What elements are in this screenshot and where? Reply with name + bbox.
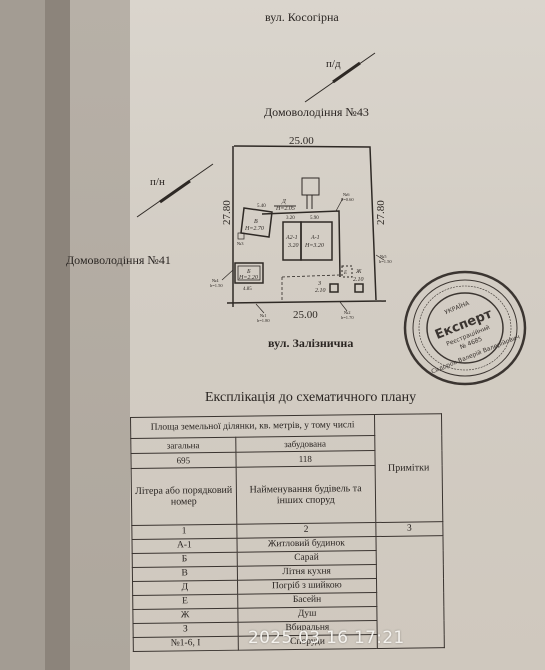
building-Z	[330, 284, 338, 292]
photo-timestamp: 2025 03 16 17:21	[248, 628, 405, 648]
row-letter: А-1	[132, 538, 237, 553]
svg-text:3.20: 3.20	[287, 243, 299, 249]
svg-text:Н=2.20: Н=2.20	[238, 275, 258, 281]
svg-text:Е: Е	[343, 271, 347, 276]
svg-text:27.80: 27.80	[375, 200, 387, 225]
svg-text:2.10: 2.10	[353, 277, 364, 283]
row-letter: Е	[133, 594, 238, 609]
svg-text:2.10: 2.10	[315, 288, 326, 294]
svg-text:Н=3.20: Н=3.20	[304, 243, 324, 249]
built-area-value: 118	[235, 451, 375, 468]
col-number-3: 3	[376, 522, 443, 537]
svg-text:5.40: 5.40	[257, 204, 266, 209]
row-letter: В	[132, 566, 237, 581]
row-letter: Ж	[133, 608, 238, 623]
power-line-left	[137, 164, 213, 217]
expert-stamp: УКРАЇНА Експерт Реєстраційний № 4685 Сид…	[402, 268, 528, 388]
col1-header: Літера або порядковий номер	[131, 467, 236, 525]
row-letter: Д	[133, 580, 238, 595]
svg-text:Ж: Ж	[355, 269, 362, 275]
built-area-label: забудована	[235, 436, 375, 453]
svg-text:h=1.50: h=1.50	[379, 259, 392, 264]
svg-text:h=1.50: h=1.50	[210, 283, 223, 288]
row-letter: Б	[132, 552, 237, 567]
svg-text:З: З	[318, 281, 321, 287]
svg-text:5.90: 5.90	[310, 216, 319, 221]
street-bottom-label: вул. Залізнична	[268, 336, 353, 351]
svg-text:h=1.70: h=1.70	[341, 315, 354, 320]
svg-text:3.20: 3.20	[286, 216, 295, 221]
explication-title: Експлікація до схематичного плану	[205, 390, 416, 406]
svg-text:Н=2.05: Н=2.05	[275, 206, 295, 212]
col2-header: Найменування будівель та інших споруд	[236, 466, 376, 525]
svg-text:Н=2.70: Н=2.70	[244, 226, 264, 232]
svg-text:25.00: 25.00	[293, 309, 318, 321]
area-header: Площа земельної ділянки, кв. метрів, у т…	[131, 415, 375, 439]
svg-text:В: В	[254, 219, 258, 225]
notes-header: Примітки	[374, 414, 442, 523]
building-D	[274, 178, 319, 209]
row-letter: З	[133, 622, 238, 637]
explication-table: Площа земельної ділянки, кв. метрів, у т…	[130, 413, 445, 652]
total-area-value: 695	[131, 452, 236, 468]
svg-text:Д: Д	[281, 199, 287, 205]
svg-text:h=1.80: h=1.80	[257, 318, 270, 323]
col-number-1: 1	[132, 524, 237, 539]
svg-text:h=0.60: h=0.60	[341, 197, 354, 202]
svg-text:25.00: 25.00	[289, 135, 314, 147]
svg-text:4.85: 4.85	[243, 287, 252, 292]
total-area-label: загальна	[131, 437, 236, 453]
svg-text:А-1: А-1	[310, 235, 320, 241]
svg-text:№3: №3	[237, 241, 244, 246]
building-A	[283, 222, 332, 260]
plan-markers	[222, 198, 384, 313]
svg-text:27.80: 27.80	[221, 200, 233, 225]
building-Zh	[355, 284, 363, 292]
power-line-top	[305, 53, 375, 102]
row-letter: №1-6, І	[133, 636, 238, 651]
svg-text:УКРАЇНА: УКРАЇНА	[444, 300, 472, 317]
svg-text:А2-1: А2-1	[285, 235, 298, 241]
